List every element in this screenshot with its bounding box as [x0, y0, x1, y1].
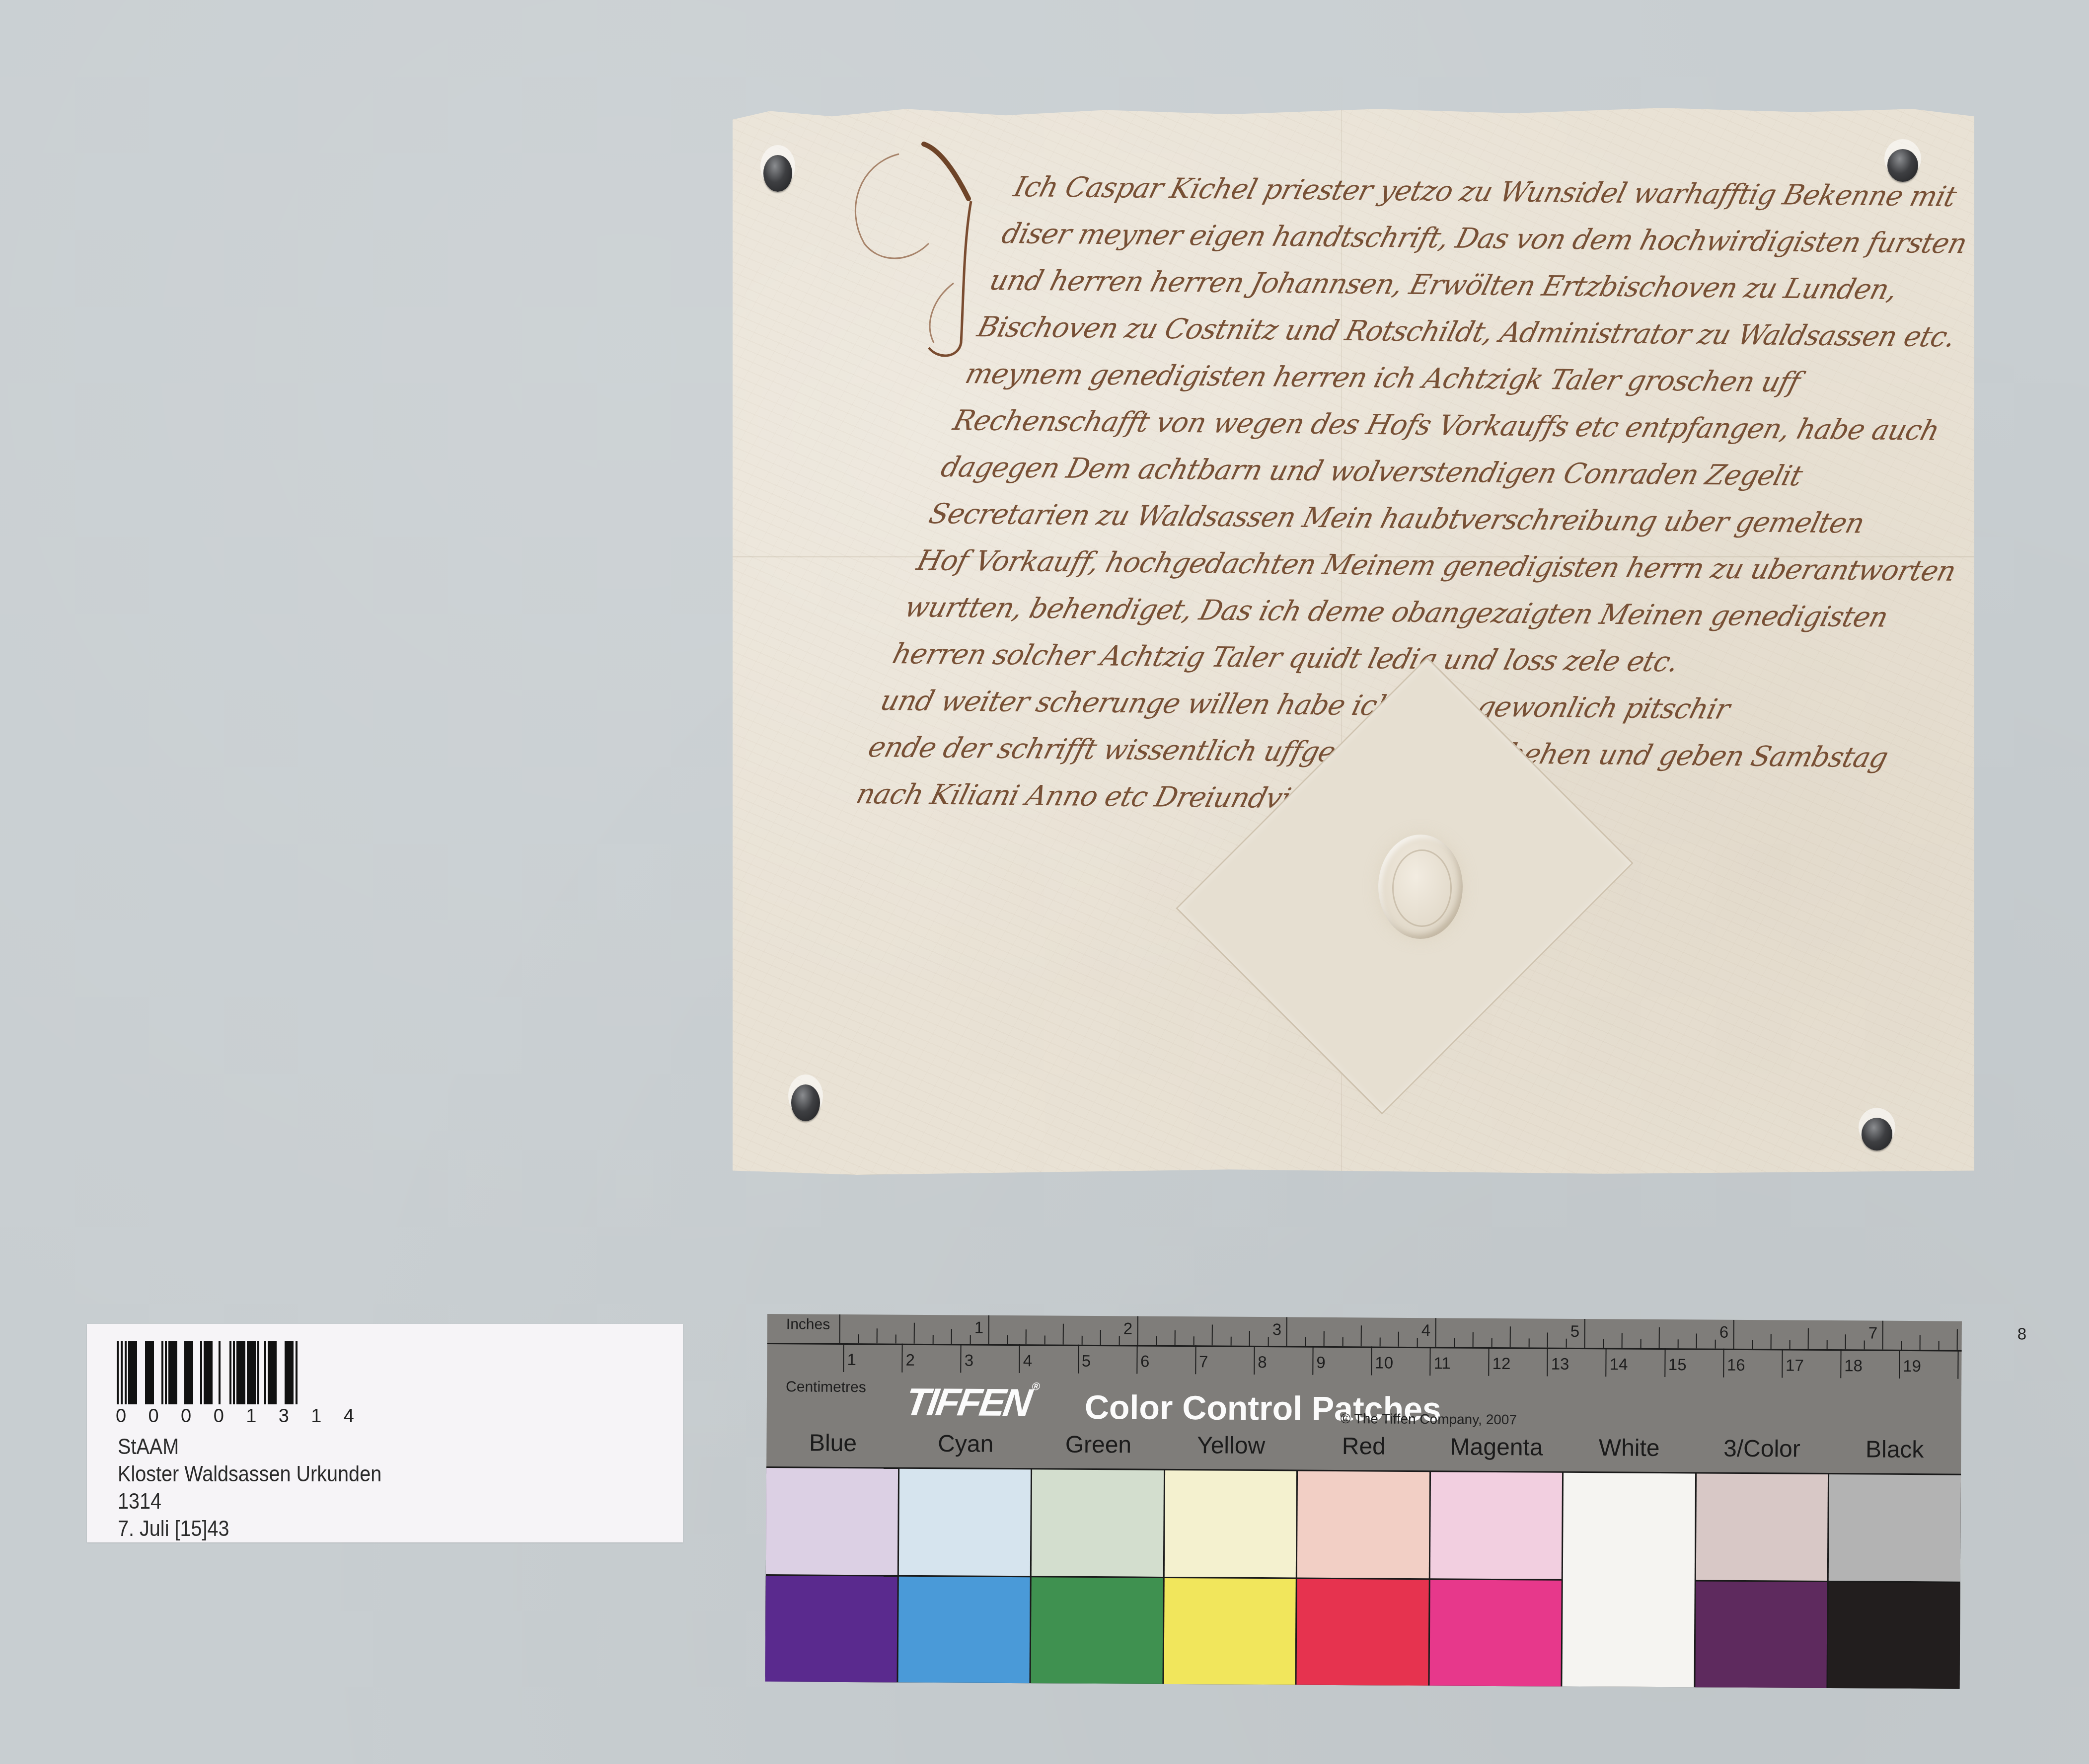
ruler-tick — [895, 1335, 896, 1344]
color-patch-cyan-dark — [898, 1576, 1030, 1683]
centimetre-number: 4 — [1023, 1351, 1033, 1370]
centimetre-number: 1 — [847, 1350, 856, 1369]
ruler-tick — [1044, 1335, 1045, 1344]
ruler-tick — [1659, 1327, 1660, 1348]
barcode-number: 0 0 0 0 1 3 1 4 — [116, 1406, 354, 1427]
ruler-tick — [839, 1314, 840, 1343]
ruler-tick — [1584, 1319, 1585, 1348]
patch-label-yellow: Yellow — [1165, 1432, 1298, 1467]
inch-number: 1 — [974, 1318, 984, 1337]
ruler-tick — [1957, 1329, 1958, 1350]
ruler-tick — [1371, 1346, 1372, 1375]
ruler-tick — [1957, 1350, 1958, 1379]
ruler-tick — [1417, 1338, 1418, 1347]
centimetre-number: 18 — [1844, 1356, 1863, 1375]
ruler-tick — [1664, 1348, 1665, 1377]
ruler-tick — [1547, 1333, 1548, 1348]
ruler-tick — [1938, 1341, 1939, 1350]
ruler-tick — [1119, 1336, 1119, 1345]
ruler-tick — [1491, 1338, 1492, 1347]
centimetre-number: 19 — [1903, 1357, 1921, 1376]
wax-seal-icon — [1378, 835, 1463, 939]
color-patch-white-light — [1563, 1473, 1695, 1687]
centimetre-number: 14 — [1610, 1355, 1628, 1374]
mounting-pin-icon — [791, 1084, 820, 1121]
ruler-tick — [1510, 1326, 1511, 1347]
ruler-tick — [1715, 1340, 1716, 1349]
ruler-tick — [1081, 1336, 1082, 1345]
patch-label-white: White — [1563, 1434, 1696, 1470]
ruler-tick — [1622, 1333, 1623, 1348]
patch-label-black: Black — [1828, 1436, 1961, 1471]
ruler-tick — [1136, 1345, 1137, 1374]
ruler-tick — [1312, 1346, 1313, 1375]
centimetre-number: 15 — [1668, 1355, 1687, 1374]
color-patch-3color-dark — [1695, 1581, 1827, 1688]
color-patch-grid — [765, 1466, 1961, 1689]
centimetre-ruler: 12345678910111213141516171819 — [767, 1343, 1961, 1385]
ruler-tick — [1156, 1336, 1157, 1345]
color-patch-blue-light — [766, 1468, 898, 1575]
inch-number: 6 — [1719, 1323, 1729, 1342]
ruler-tick — [1100, 1330, 1101, 1345]
ruler-tick — [1771, 1334, 1772, 1349]
color-patch-green-light — [1032, 1469, 1164, 1576]
document-number: 1314 — [118, 1488, 381, 1515]
copyright-text: © The Tiffen Company, 2007 — [1341, 1411, 1517, 1428]
color-patch-magenta-light — [1430, 1472, 1563, 1579]
ruler-tick — [1212, 1324, 1213, 1345]
ruler-tick — [1268, 1337, 1268, 1346]
patch-label-magenta: Magenta — [1430, 1433, 1563, 1469]
ruler-tick — [1342, 1337, 1343, 1346]
ruler-tick — [1324, 1331, 1325, 1346]
inch-number: 7 — [1868, 1324, 1878, 1343]
ruler-tick — [877, 1328, 878, 1343]
ruler-tick — [1899, 1350, 1900, 1379]
ruler-tick — [1026, 1329, 1027, 1344]
ruler-tick — [1193, 1336, 1194, 1345]
centimetre-number: 6 — [1140, 1352, 1150, 1371]
document-date: 7. Juli [15]43 — [118, 1515, 381, 1542]
ruler-tick — [1473, 1332, 1474, 1347]
ruler-tick — [1733, 1320, 1734, 1349]
centimetre-number: 16 — [1727, 1356, 1745, 1375]
patch-label-green: Green — [1032, 1431, 1165, 1466]
ruler-tick — [843, 1343, 844, 1372]
collection-name: Kloster Waldsassen Urkunden — [118, 1460, 381, 1488]
centimetre-number: 10 — [1375, 1353, 1393, 1372]
ruler-tick — [1603, 1339, 1604, 1348]
centimetre-number: 8 — [1258, 1353, 1267, 1372]
ruler-tick — [1435, 1318, 1436, 1347]
color-patch-red-dark — [1297, 1579, 1429, 1686]
ruler-tick — [1019, 1344, 1020, 1373]
color-patch-green-dark — [1031, 1577, 1163, 1684]
ruler-tick — [1547, 1348, 1548, 1377]
ruler-tick — [1845, 1334, 1846, 1349]
patch-labels: Blue Cyan Green Yellow Red Magenta White… — [766, 1429, 1961, 1471]
color-patch-yellow-dark — [1164, 1578, 1296, 1685]
ruler-tick — [951, 1329, 952, 1344]
color-patch-yellow-light — [1164, 1470, 1296, 1577]
patch-label-3color: 3/Color — [1696, 1435, 1829, 1470]
centimetre-number: 5 — [1082, 1352, 1091, 1371]
inches-label: Inches — [786, 1316, 830, 1333]
archive-name: StAAM — [118, 1433, 381, 1460]
ruler-tick — [901, 1344, 902, 1373]
ruler-tick — [1864, 1340, 1865, 1349]
mounting-pin-icon — [763, 155, 792, 192]
ruler-tick — [1488, 1347, 1489, 1376]
ruler-tick — [1398, 1332, 1399, 1347]
ruler-tick — [1286, 1317, 1287, 1346]
centimetre-number: 13 — [1551, 1355, 1569, 1374]
ruler-tick — [1782, 1349, 1783, 1378]
inch-number: 3 — [1272, 1320, 1282, 1339]
ruler-tick — [1826, 1340, 1827, 1349]
ruler-tick — [1007, 1335, 1008, 1344]
patch-label-blue: Blue — [766, 1429, 899, 1465]
inch-number: 4 — [1421, 1321, 1431, 1340]
color-patch-black-dark — [1828, 1582, 1960, 1689]
centimetre-number: 12 — [1492, 1354, 1510, 1373]
color-patch-magenta-dark — [1429, 1580, 1562, 1687]
color-patch-cyan-light — [898, 1469, 1031, 1576]
ruler-tick — [858, 1334, 859, 1343]
color-patch-blue-dark — [765, 1575, 897, 1682]
inch-number: 8 — [2017, 1324, 2027, 1343]
centimetre-number: 11 — [1433, 1354, 1450, 1373]
ruler-tick — [1901, 1341, 1902, 1350]
ruler-tick — [1752, 1340, 1753, 1349]
ruler-tick — [1696, 1333, 1697, 1348]
centimetre-number: 9 — [1316, 1353, 1326, 1372]
ruler-tick — [1606, 1348, 1607, 1377]
ruler-tick — [1789, 1340, 1790, 1349]
ruler-tick — [1063, 1324, 1064, 1345]
patch-label-red: Red — [1297, 1433, 1430, 1468]
ruler-tick — [988, 1315, 989, 1344]
centimetre-number: 7 — [1199, 1352, 1208, 1371]
card-header: 12345678 Inches 123456789101112131415161… — [766, 1314, 1962, 1475]
color-control-card: 12345678 Inches 123456789101112131415161… — [765, 1314, 1961, 1689]
ruler-tick — [1078, 1345, 1079, 1374]
color-patch-red-light — [1297, 1471, 1429, 1578]
inch-number: 5 — [1570, 1322, 1580, 1341]
archive-label: 0 0 0 0 1 3 1 4 StAAM Kloster Waldsassen… — [87, 1324, 683, 1542]
decorated-initial-icon — [839, 134, 998, 363]
tiffen-logo: TIFFEN® — [902, 1380, 1041, 1426]
ruler-tick — [1254, 1346, 1255, 1375]
centimetres-label: Centimetres — [786, 1379, 866, 1396]
ruler-tick — [1230, 1337, 1231, 1346]
ruler-tick — [914, 1323, 915, 1344]
centimetre-number: 17 — [1786, 1356, 1804, 1375]
barcode-icon — [117, 1341, 350, 1404]
ruler-tick — [1429, 1347, 1430, 1376]
ruler-tick — [1840, 1349, 1841, 1378]
centimetre-number: 2 — [906, 1351, 915, 1370]
ruler-tick — [1361, 1325, 1362, 1346]
ruler-tick — [1137, 1316, 1138, 1345]
ruler-tick — [1379, 1338, 1380, 1347]
ruler-tick — [1249, 1331, 1250, 1346]
ruler-tick — [1677, 1339, 1678, 1348]
ruler-tick — [1454, 1338, 1455, 1347]
ruler-tick — [961, 1344, 962, 1373]
ruler-tick — [970, 1335, 970, 1344]
ruler-tick — [932, 1335, 933, 1344]
ruler-tick — [1920, 1335, 1921, 1350]
ruler-tick — [1808, 1328, 1809, 1349]
mounting-pin-icon — [1862, 1118, 1892, 1150]
ruler-tick — [1305, 1337, 1306, 1346]
color-patch-black-light — [1829, 1474, 1961, 1581]
color-patch-3color-light — [1696, 1473, 1828, 1580]
ruler-tick — [1195, 1345, 1196, 1374]
patch-label-cyan: Cyan — [899, 1430, 1032, 1466]
ruler-tick — [1175, 1330, 1176, 1345]
centimetre-number: 3 — [965, 1351, 974, 1370]
ruler-tick — [1528, 1338, 1529, 1347]
ruler-tick — [1640, 1339, 1641, 1348]
inch-number: 2 — [1123, 1319, 1133, 1338]
ruler-tick — [1882, 1321, 1883, 1350]
ruler-tick — [1723, 1349, 1724, 1378]
ruler-tick — [1566, 1339, 1567, 1348]
